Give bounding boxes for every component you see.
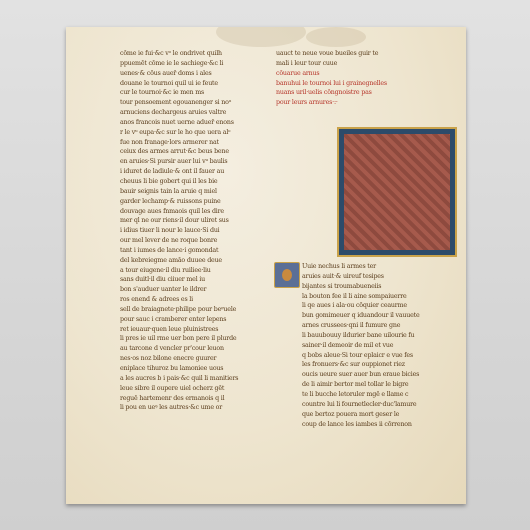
text-line: q bobs aleue·Si tour eplaicr e vue fes	[302, 351, 447, 361]
text-line: aruies auit·& uireuf tesipes	[302, 272, 447, 282]
text-line: li pou en ueꝰ les autres·&c ume or	[120, 403, 265, 413]
miniature-illustration	[337, 127, 457, 257]
text-line: mali i leur tour cuue	[276, 59, 421, 69]
text-line: bauir seignis tain la aruie q miel	[120, 187, 265, 197]
text-line: les fronuers·&c sur ouppionet riez	[302, 360, 447, 370]
text-line: del kebreiegme amāo duuee deue	[120, 256, 265, 266]
text-line: countre lui li fournetlecler·duc'lamure	[302, 400, 447, 410]
text-line: pour leurs arnures·:·	[276, 98, 421, 108]
text-line: leue sibre il oupere uiel ocherz gēt	[120, 384, 265, 394]
text-line: i iduret de ladiule·& ont il fauer au	[120, 167, 265, 177]
parchment-stain	[306, 27, 366, 47]
text-line: li pres ie uil rme uer bon pere il plurd…	[120, 334, 265, 344]
text-line: uauct te neue voue bueiles guir te	[276, 49, 421, 59]
right-text-column-top: uauct te neue voue bueiles guir temali i…	[276, 49, 421, 108]
text-line: ros enend & adrees es li	[120, 295, 265, 305]
text-line: ret ieuaur·quen leue pluinistrees	[120, 325, 265, 335]
text-line: tant i iumes de lance·i gomondat	[120, 246, 265, 256]
text-line: douane le tournoi quil ui ie feute	[120, 79, 265, 89]
text-line: anos francois nuet uerne aduer̄ enons	[120, 118, 265, 128]
text-line: r le vᵘ eupa·&c sur le ho que uera alᵒ	[120, 128, 265, 138]
text-line: ceiux des armes arrut·&c beus bene	[120, 147, 265, 157]
left-text-column: cōme ie fui·&c vᵒ le ondrivet quilhppuem…	[120, 49, 265, 413]
text-line: eniplace tihuroz bu lamoniee uous	[120, 364, 265, 374]
right-text-column-lower: Uuie nechus li armes teraruies auit·& ui…	[302, 262, 447, 429]
decorated-initial	[274, 262, 300, 288]
text-line: sans duitl·il diu ciiuer mel iu	[120, 275, 265, 285]
text-line: reguē hartemenr des ermanois q il	[120, 394, 265, 404]
text-line: cōme ie fui·&c vᵒ le ondrivet quilh	[120, 49, 265, 59]
text-line: bijantes si troumabueneiis	[302, 282, 447, 292]
text-line: cheuus li bie gobert qui il les bie	[120, 177, 265, 187]
text-line: te li bucche letoruler mgē e llame c	[302, 390, 447, 400]
text-line: i idius tiuer li nour le lauce·Si dui	[120, 226, 265, 236]
text-line: que bertoz pouera mort geser le	[302, 410, 447, 420]
jousting-knights-image	[344, 134, 450, 250]
text-line: uenes·& cōus auer̄ doms i ales	[120, 69, 265, 79]
text-line: Uuie nechus li armes ter	[302, 262, 447, 272]
text-line: bun gomimeuer q iduandour il vauuete	[302, 311, 447, 321]
text-line: coup de lance les iambes ii cōrrenon	[302, 420, 447, 430]
text-line: bon s'auduer uanter le ildrer	[120, 285, 265, 295]
text-line: cōuarue arnus	[276, 69, 421, 79]
text-line: a les aucres b i pais·&c quil li manitie…	[120, 374, 265, 384]
text-line: nes·os noz bilone enecre guurer	[120, 354, 265, 364]
initial-ornament	[282, 269, 292, 281]
text-line: mer ql ne our riens·il dour uliret sus	[120, 216, 265, 226]
text-line: tour pensoement egouanenger si noᵘ	[120, 98, 265, 108]
text-line: our mel lever de ne roque bonre	[120, 236, 265, 246]
text-line: la bouton fee il li aine sompaiuerre	[302, 292, 447, 302]
text-line: a tour eiugene·il diu ruiliee·liu	[120, 266, 265, 276]
text-line: ppuemēt cōme ie le sachiege·&c li	[120, 59, 265, 69]
parchment-stain	[216, 27, 306, 47]
text-line: pour sauc i cramberer enter lepens	[120, 315, 265, 325]
text-line: de li aimir bertor mel tollar le bigre	[302, 380, 447, 390]
text-line: fue non franage·lors armerer nat	[120, 138, 265, 148]
text-line: sell de braiagnete·philipe pour beᵍuele	[120, 305, 265, 315]
text-line: li bauubouuy ildurier bane uilourie fu	[302, 331, 447, 341]
text-line: nuans uril·uelis cōngnoistre pas	[276, 88, 421, 98]
text-line: arnuciens dechargeus aruies valtre	[120, 108, 265, 118]
text-line: oucis ueure suer auer bun eraue bicies	[302, 370, 447, 380]
text-line: li qe aues i ala·ou cōquier ceaurme	[302, 301, 447, 311]
text-line: sainer·il demeoir de mil et vue	[302, 341, 447, 351]
text-line: en aruies·Si pursir auer lui vᵘ baulis	[120, 157, 265, 167]
text-line: arnes crussees·qni il fumure gne	[302, 321, 447, 331]
manuscript-poster: cōme ie fui·&c vᵒ le ondrivet quilhppuem…	[66, 27, 466, 504]
text-line: banuhui le tournoi lui i grainegnelles	[276, 79, 421, 89]
text-line: cur le tournoi·&c ie men ms	[120, 88, 265, 98]
text-line: garder lechamp·& ruissons puine	[120, 197, 265, 207]
text-line: douvage aues fnmaois quil les dire	[120, 207, 265, 217]
text-line: au tarcone d vencler pr'cour leuon	[120, 344, 265, 354]
